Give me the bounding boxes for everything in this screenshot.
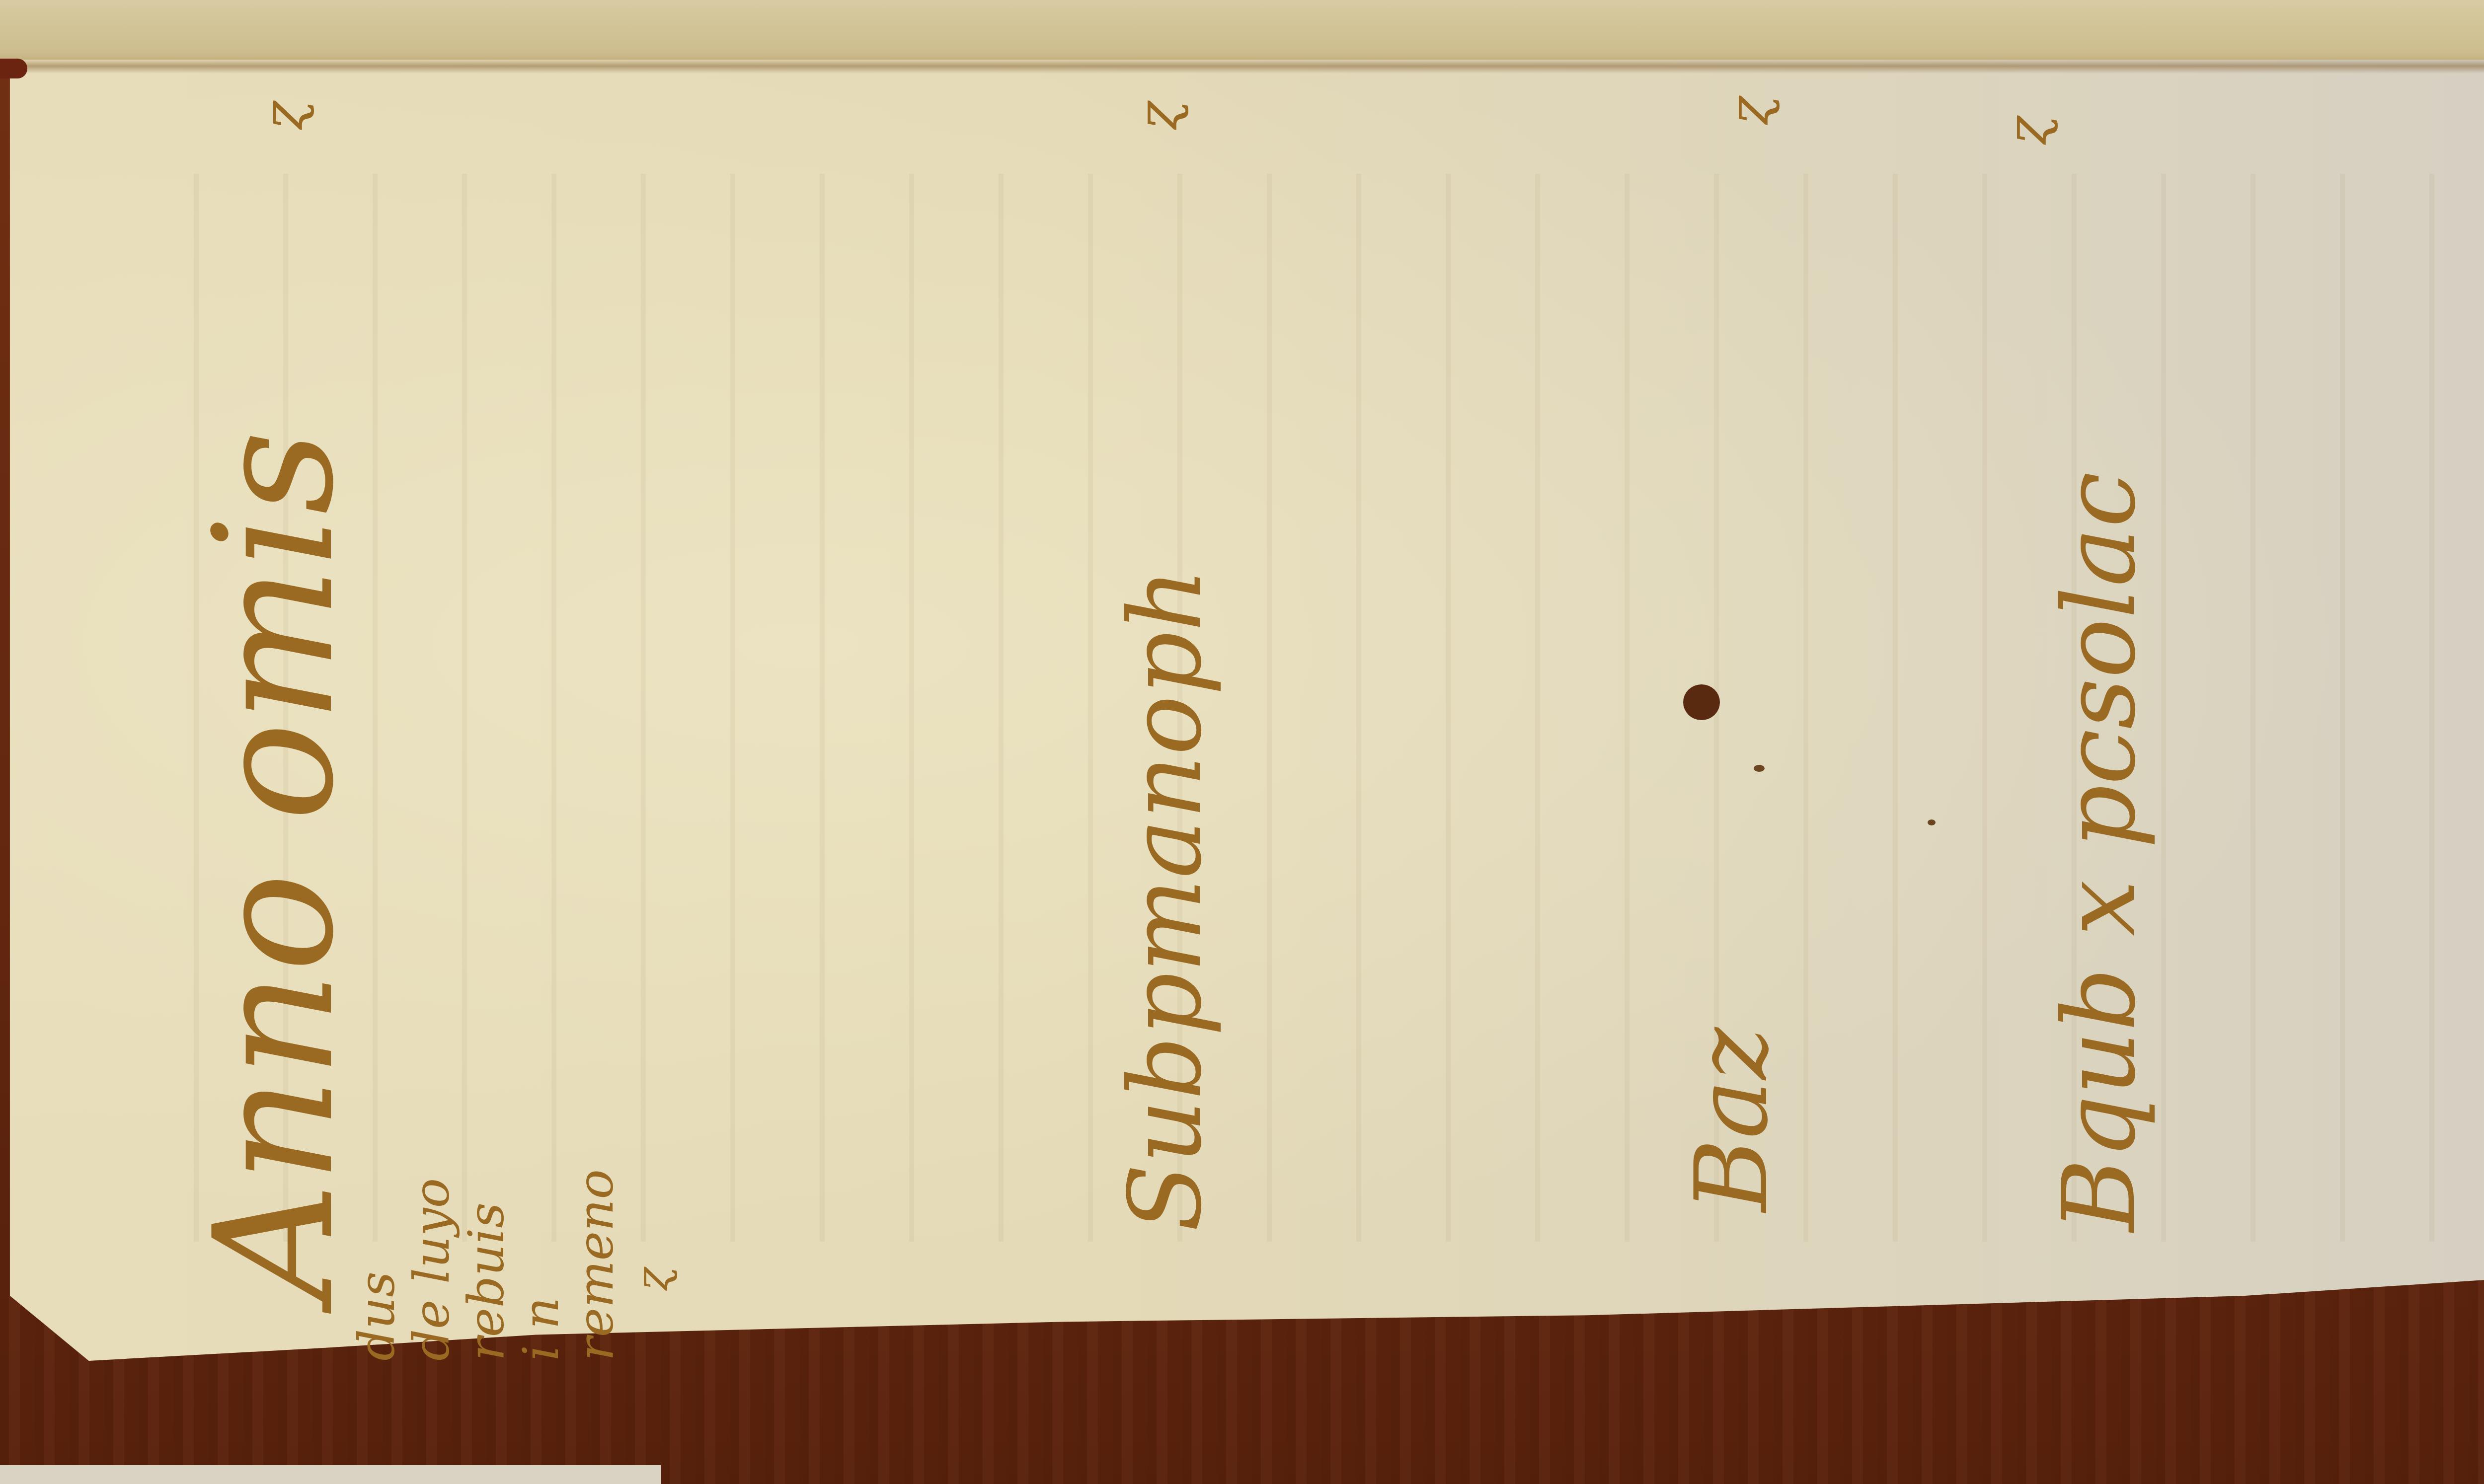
ink-blot xyxy=(1683,684,1720,720)
line-2-text: Subpmanoph xyxy=(1108,568,1224,1232)
side-note-line: rebuis xyxy=(457,1202,515,1361)
margin-mark: ɀ xyxy=(251,102,314,131)
side-note-line: dus xyxy=(348,1271,406,1361)
heading-text: Anno omis xyxy=(179,431,370,1301)
line-4-text: Bqub x pcsolac xyxy=(2042,472,2158,1232)
side-note-line: remeno xyxy=(566,1169,624,1361)
side-note-line: de luyo xyxy=(402,1178,461,1361)
side-note-line: i n xyxy=(512,1297,570,1361)
side-note-line: ɀ xyxy=(626,1268,678,1291)
binding-tab xyxy=(0,59,27,78)
page-crease xyxy=(0,59,2484,74)
card-edge xyxy=(0,1465,661,1484)
line-3-text: Baz xyxy=(1674,1027,1790,1212)
margin-mark: ɀ xyxy=(1716,97,1780,126)
ink-speck xyxy=(1928,819,1936,825)
ink-speck xyxy=(1754,765,1765,772)
margin-mark: ɀ xyxy=(1125,102,1189,131)
margin-mark: ɀ xyxy=(1995,117,2058,146)
